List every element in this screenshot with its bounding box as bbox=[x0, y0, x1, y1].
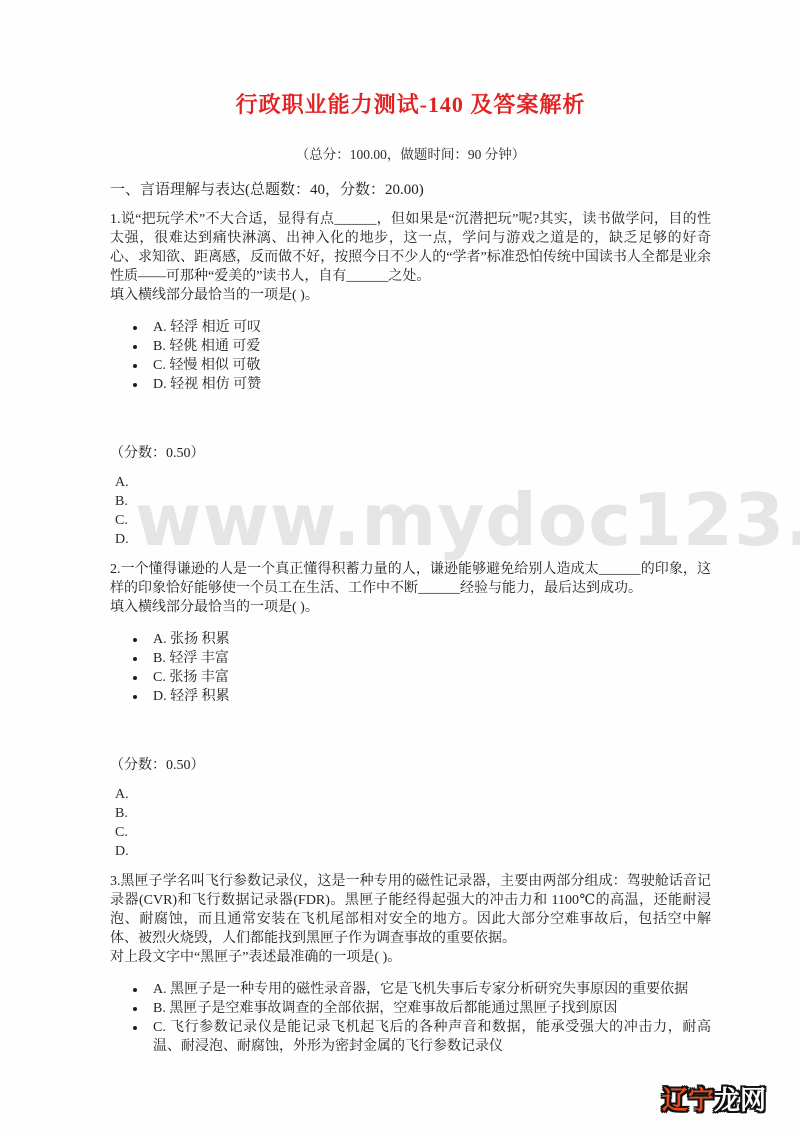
question-2-text: 2.一个懂得谦逊的人是一个真正懂得积蓄力量的人，谦逊能够避免给别人造成太____… bbox=[110, 560, 711, 598]
question-1-answer-slots: A. B. C. D. bbox=[115, 473, 711, 549]
question-1-score: （分数：0.50） bbox=[110, 444, 711, 463]
question-2: 2.一个懂得谦逊的人是一个真正懂得积蓄力量的人，谦逊能够避免给别人造成太____… bbox=[110, 560, 711, 861]
option-a: A. 黑匣子是一种专用的磁性录音器，它是飞机失事后专家分析研究失事原因的重要依据 bbox=[147, 980, 711, 999]
question-2-prompt: 填入横线部分最恰当的一项是( )。 bbox=[110, 598, 711, 617]
question-2-answer-slots: A. B. C. D. bbox=[115, 785, 711, 861]
answer-slot-b: B. bbox=[115, 804, 711, 823]
answer-slot-d: D. bbox=[115, 842, 711, 861]
question-2-score: （分数：0.50） bbox=[110, 756, 711, 775]
section-heading: 一、言语理解与表达(总题数：40，分数：20.00) bbox=[110, 178, 711, 199]
option-d: D. 轻浮 积累 bbox=[147, 687, 711, 706]
document-content: 行政职业能力测试-140 及答案解析 （总分：100.00，做题时间：90 分钟… bbox=[110, 0, 711, 1056]
answer-slot-c: C. bbox=[115, 511, 711, 530]
option-c: C. 轻慢 相似 可敬 bbox=[147, 356, 711, 375]
question-1-prompt: 填入横线部分最恰当的一项是( )。 bbox=[110, 286, 711, 305]
option-d: D. 轻视 相仿 可赞 bbox=[147, 375, 711, 394]
site-logo-text-red: 辽宁 bbox=[662, 1086, 714, 1116]
option-b: B. 轻浮 丰富 bbox=[147, 649, 711, 668]
answer-slot-a: A. bbox=[115, 473, 711, 492]
answer-slot-a: A. bbox=[115, 785, 711, 804]
option-b: B. 轻佻 相通 可爱 bbox=[147, 337, 711, 356]
answer-slot-c: C. bbox=[115, 823, 711, 842]
question-1: 1.说“把玩学术”不大合适，显得有点______，但如果是“沉潜把玩”呢?其实，… bbox=[110, 210, 711, 549]
answer-slot-d: D. bbox=[115, 530, 711, 549]
question-1-options: A. 轻浮 相近 可叹 B. 轻佻 相通 可爱 C. 轻慢 相似 可敬 D. 轻… bbox=[147, 318, 711, 394]
question-3-options: A. 黑匣子是一种专用的磁性录音器，它是飞机失事后专家分析研究失事原因的重要依据… bbox=[147, 980, 711, 1056]
question-2-options: A. 张扬 积累 B. 轻浮 丰富 C. 张扬 丰富 D. 轻浮 积累 bbox=[147, 630, 711, 706]
site-logo-text-white: 龙网 bbox=[714, 1086, 766, 1116]
question-1-text: 1.说“把玩学术”不大合适，显得有点______，但如果是“沉潜把玩”呢?其实，… bbox=[110, 210, 711, 286]
question-3-prompt: 对上段文字中“黑匣子”表述最准确的一项是( )。 bbox=[110, 948, 711, 967]
option-c: C. 飞行参数记录仪是能记录飞机起飞后的各种声音和数据，能承受强大的冲击力，耐高… bbox=[147, 1018, 711, 1056]
question-3-text: 3.黑匣子学名叫飞行参数记录仪，这是一种专用的磁性记录器，主要由两部分组成：驾驶… bbox=[110, 872, 711, 948]
document-title: 行政职业能力测试-140 及答案解析 bbox=[110, 88, 711, 119]
document-page: www.mydoc123.com 行政职业能力测试-140 及答案解析 （总分：… bbox=[0, 0, 800, 1132]
site-logo: 辽宁龙网 bbox=[662, 1080, 766, 1117]
score-time-subtitle: （总分：100.00，做题时间：90 分钟） bbox=[110, 143, 711, 163]
option-a: A. 轻浮 相近 可叹 bbox=[147, 318, 711, 337]
option-a: A. 张扬 积累 bbox=[147, 630, 711, 649]
option-b: B. 黑匣子是空难事故调查的全部依据，空难事故后都能通过黑匣子找到原因 bbox=[147, 999, 711, 1018]
option-c: C. 张扬 丰富 bbox=[147, 668, 711, 687]
question-3: 3.黑匣子学名叫飞行参数记录仪，这是一种专用的磁性记录器，主要由两部分组成：驾驶… bbox=[110, 872, 711, 1056]
answer-slot-b: B. bbox=[115, 492, 711, 511]
